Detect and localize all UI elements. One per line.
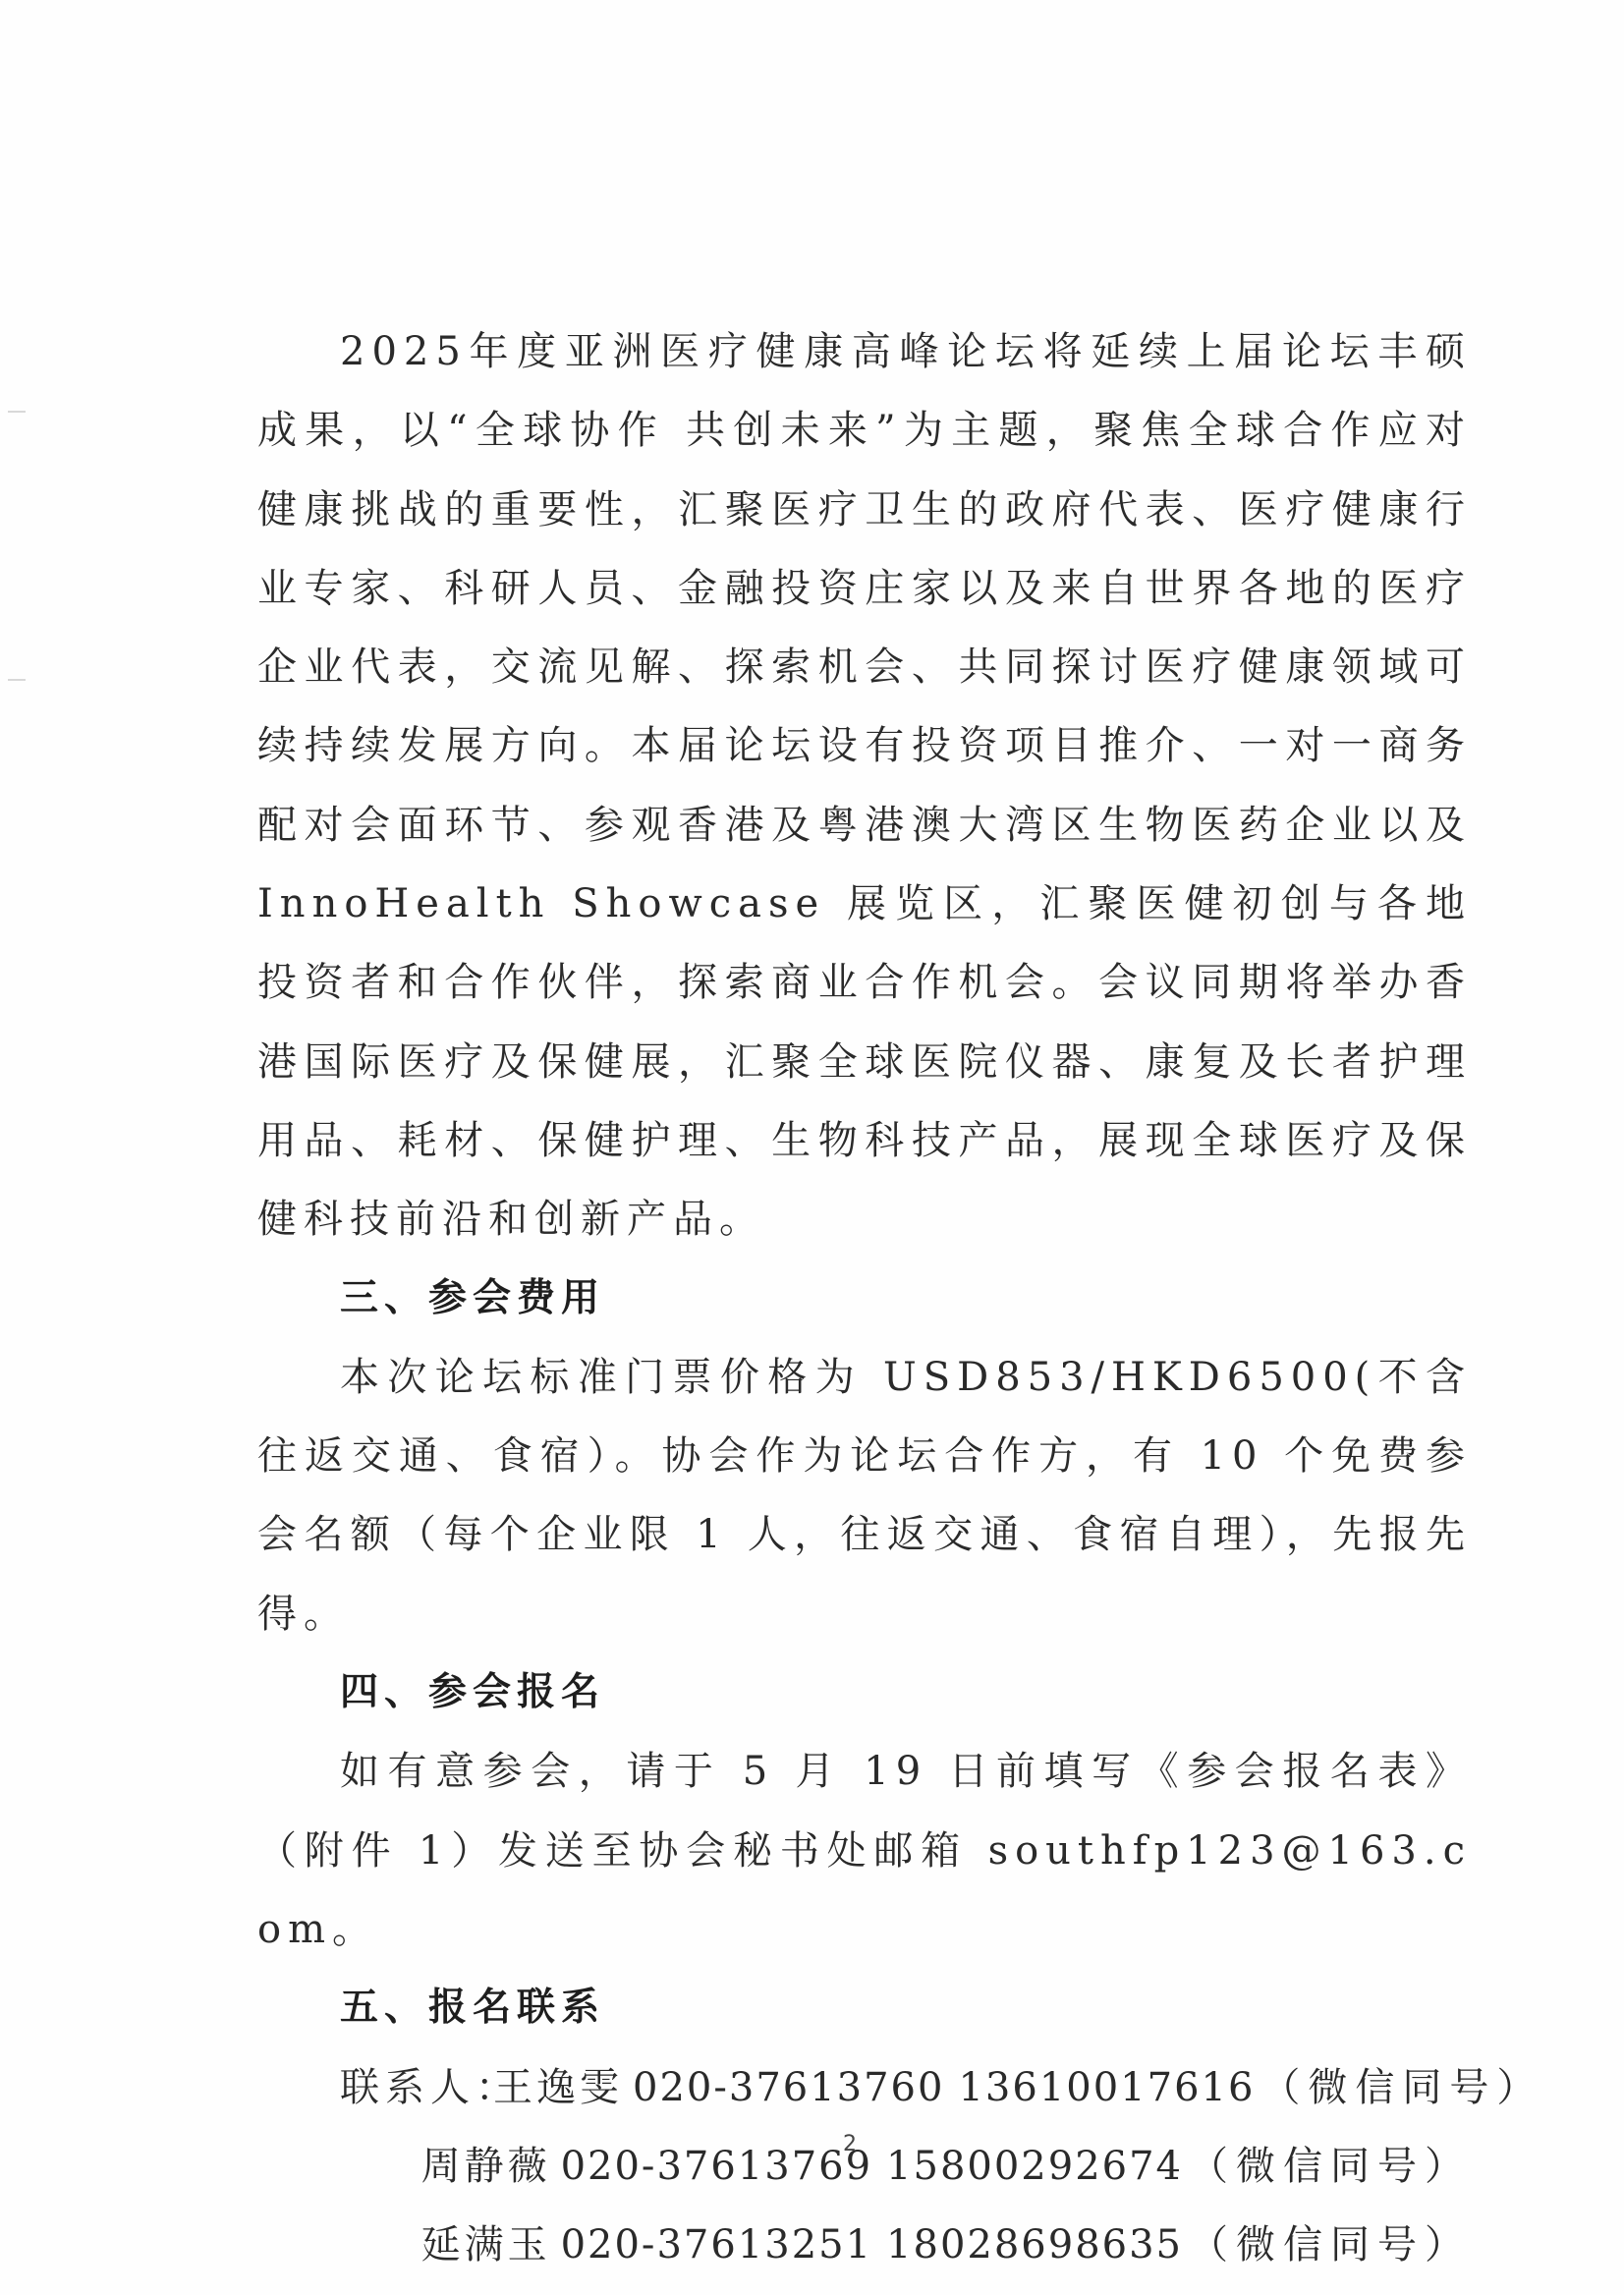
contact-phone: 020-37613760 [633,2048,944,2127]
section-heading-registration: 四、参会报名 [257,1653,1472,1732]
contact-row: 周静薇 020-37613769 15800292674 （微信同号） [340,2127,1472,2206]
contact-phone: 020-37613251 [561,2206,872,2284]
contact-wechat-note: （微信同号） [1189,2127,1472,2206]
contact-wechat-note: （微信同号） [1189,2206,1472,2284]
intro-paragraph: 2025年度亚洲医疗健康高峰论坛将延续上届论坛丰硕成果，以“全球协作 共创未来”… [257,312,1472,1259]
section-heading-fees: 三、参会费用 [257,1259,1472,1338]
scan-edge-mark [8,411,26,413]
document-body: 2025年度亚洲医疗健康高峰论坛将延续上届论坛丰硕成果，以“全球协作 共创未来”… [257,312,1472,2284]
fees-paragraph: 本次论坛标准门票价格为 USD853/HKD6500(不含往返交通、食宿）。协会… [257,1338,1472,1653]
contact-label-spacer [340,2127,421,2206]
document-page: 2025年度亚洲医疗健康高峰论坛将延续上届论坛丰硕成果，以“全球协作 共创未来”… [0,0,1624,2295]
contact-row: 联系人： 王逸雯 020-37613760 13610017616 （微信同号） [340,2048,1472,2127]
contact-mobile: 18028698635 [886,2206,1183,2284]
contact-row: 延满玉 020-37613251 18028698635 （微信同号） [340,2206,1472,2284]
section-heading-contact: 五、报名联系 [257,1969,1472,2047]
contact-label: 联系人： [340,2048,493,2127]
contact-list: 联系人： 王逸雯 020-37613760 13610017616 （微信同号）… [257,2048,1472,2285]
contact-name: 延满玉 [421,2206,551,2284]
contact-mobile: 15800292674 [886,2127,1183,2206]
contact-phone: 020-37613769 [561,2127,872,2206]
contact-name: 周静薇 [421,2127,551,2206]
scan-edge-mark [8,679,26,681]
contact-wechat-note: （微信同号） [1260,2048,1543,2127]
registration-paragraph: 如有意参会，请于 5 月 19 日前填写《参会报名表》（附件 1）发送至协会秘书… [257,1732,1472,1969]
page-number: 2 [843,2132,857,2156]
contact-name: 王逸雯 [493,2048,623,2127]
contact-label-spacer [340,2206,421,2284]
contact-mobile: 13610017616 [958,2048,1255,2127]
